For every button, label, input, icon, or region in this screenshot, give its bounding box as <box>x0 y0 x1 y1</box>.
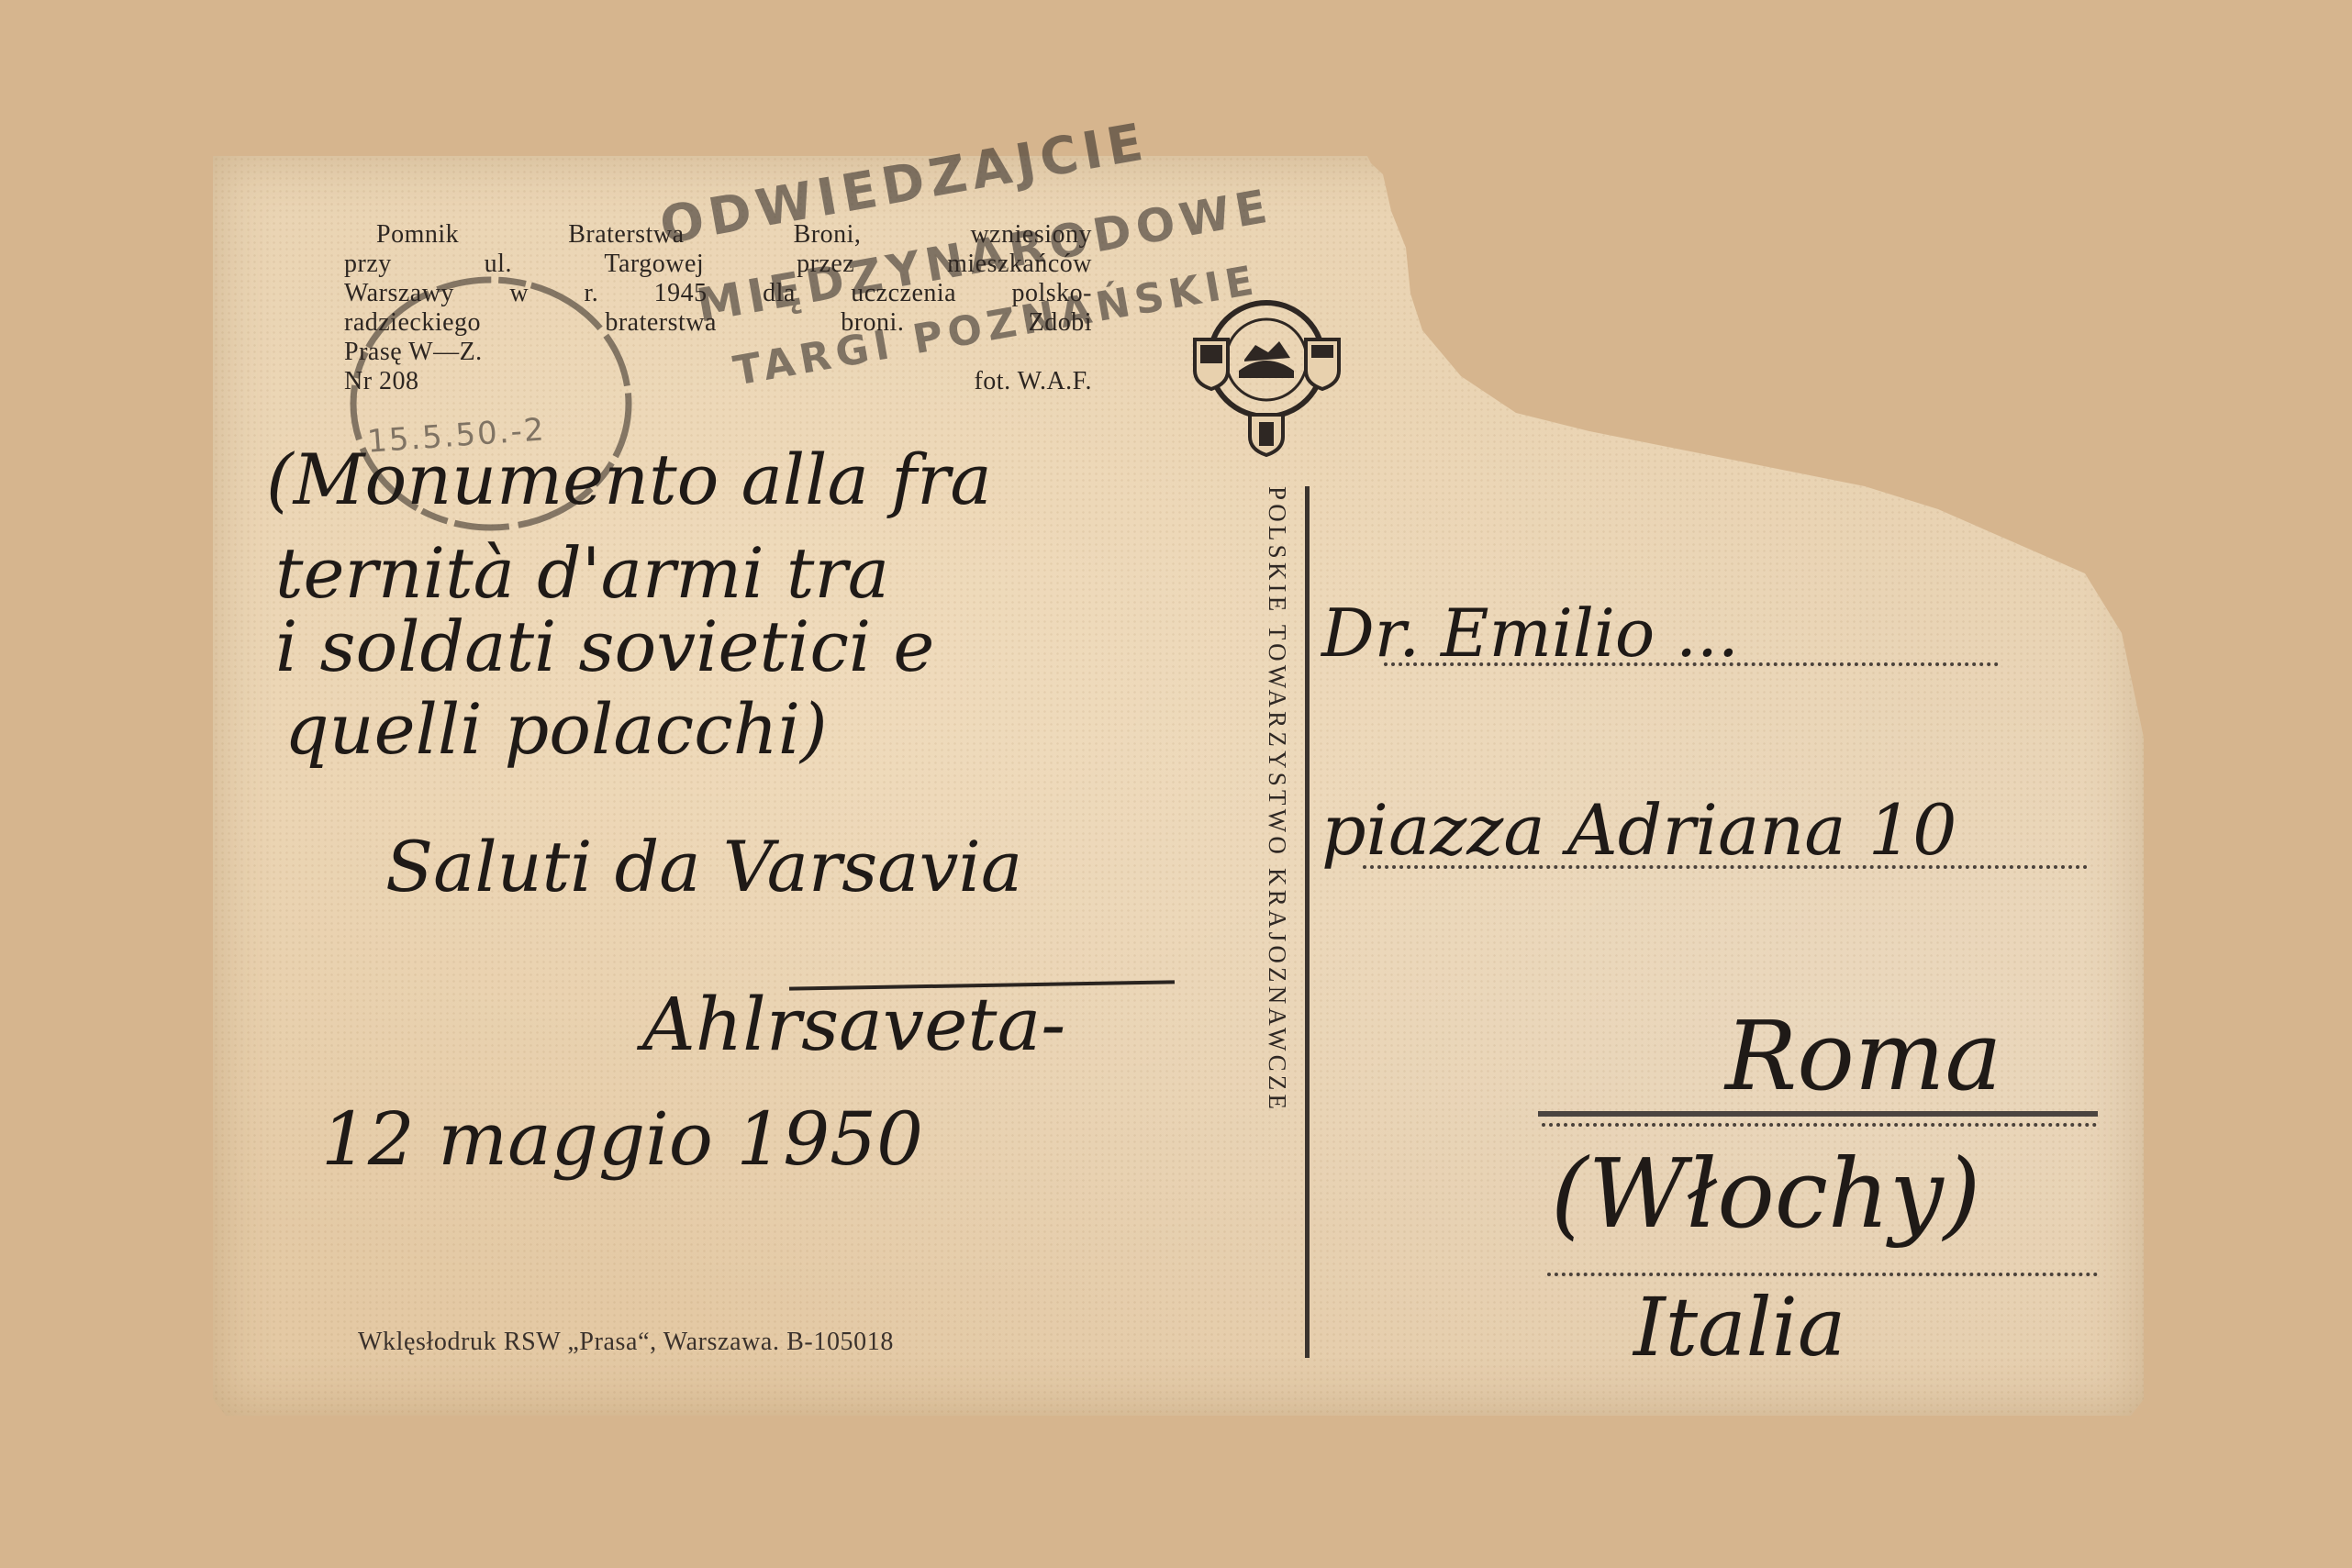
address-line-4 <box>1547 1273 2098 1276</box>
printer-imprint: Wklęsłodruk RSW „Prasa“, Warszawa. B-105… <box>358 1328 894 1357</box>
printed-caption: Pomnik Braterstwa Broni, wzniesiony przy… <box>344 220 1092 396</box>
message-line: (Monumento alla fra <box>266 439 992 520</box>
address-country: Italia <box>1633 1280 1845 1374</box>
address-street: piazza Adriana 10 <box>1321 789 1956 871</box>
publisher-vertical-text: POLSKIE TOWARZYSTWO KRAJOZNAWCZE <box>1254 486 1291 1362</box>
caption-line: przy ul. Targowej przez mieszkańców <box>344 250 1092 279</box>
caption-line: Warszawy w r. 1945 dla uczczenia polsko- <box>344 279 1092 308</box>
address-country-polish: (Włochy) <box>1551 1138 1980 1250</box>
address-line-3 <box>1542 1123 2097 1127</box>
divider-line <box>1305 486 1310 1358</box>
message-greeting: Saluti da Varsavia <box>385 826 1022 907</box>
caption-line: Pomnik Braterstwa Broni, wzniesiony <box>344 220 1092 250</box>
address-city: Roma <box>1725 1000 2002 1112</box>
ptk-logo-icon <box>1191 286 1343 461</box>
message-date: 12 maggio 1950 <box>321 1096 923 1182</box>
message-line: ternità d'armi tra <box>275 532 889 614</box>
address-recipient: Dr. Emilio ... <box>1321 595 1739 672</box>
caption-line: radzieckiego braterstwa broni. Zdobi <box>344 308 1092 338</box>
message-signature: Ahlrsaveta- <box>642 982 1065 1067</box>
photo-credit: fot. W.A.F. <box>974 367 1092 396</box>
message-line: i soldati sovietici e <box>275 606 934 687</box>
card-number: Nr 208 <box>344 367 419 396</box>
caption-line: Prasę W—Z. <box>344 338 1092 367</box>
message-line: quelli polacchi) <box>284 688 828 770</box>
